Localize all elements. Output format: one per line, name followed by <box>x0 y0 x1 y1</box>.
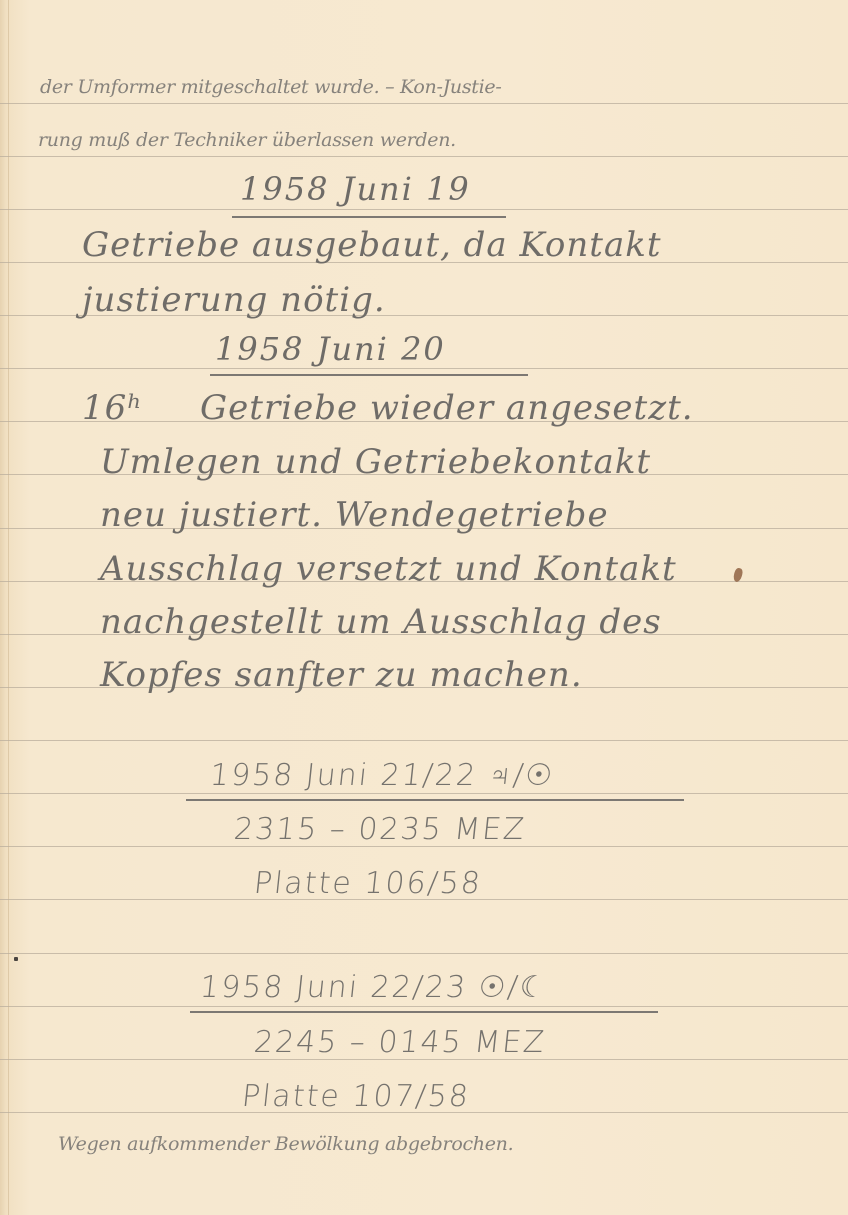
heading-underline <box>210 374 528 376</box>
text-line: der Umformer mitgeschaltet wurde. – Kon-… <box>40 76 502 98</box>
ruled-line <box>0 103 848 104</box>
page-edge-line <box>8 0 9 1215</box>
entry-date-heading: 1958 Juni 20 <box>215 330 446 368</box>
logbook-page: der Umformer mitgeschaltet wurde. – Kon-… <box>0 0 848 1215</box>
observation-time-range: 2315 – 0235 MEZ <box>232 812 527 847</box>
text-line: rung muß der Techniker überlassen werden… <box>38 129 456 151</box>
ruled-line <box>0 368 848 369</box>
heading-underline <box>190 1011 658 1013</box>
ruled-line <box>0 209 848 210</box>
text-line: Wegen aufkommender Bewölkung abgebrochen… <box>58 1133 513 1155</box>
entry-date-heading: 1958 Juni 21/22 ♃/☉ <box>208 758 556 793</box>
ruled-line <box>0 156 848 157</box>
text-line: neu justiert. Wendegetriebe <box>100 495 609 535</box>
text-line: Kopfes sanfter zu machen. <box>100 655 583 695</box>
plate-number: Platte 107/58 <box>240 1079 472 1114</box>
text-line: Getriebe ausgebaut, da Kontakt <box>82 225 662 265</box>
text-line: Ausschlag versetzt und Kontakt <box>100 549 677 589</box>
ruled-line <box>0 740 848 741</box>
observation-time-range: 2245 – 0145 MEZ <box>252 1025 547 1060</box>
ruled-line <box>0 793 848 794</box>
text-line: Umlegen und Getriebekontakt <box>100 442 651 482</box>
entry-date-heading: 1958 Juni 19 <box>240 170 471 208</box>
entry-time: 16ʰ <box>82 388 143 428</box>
ruled-line <box>0 1006 848 1007</box>
entry-date-heading: 1958 Juni 22/23 ☉/☾ <box>198 970 550 1005</box>
text-line: justierung nötig. <box>82 280 386 320</box>
heading-underline <box>186 799 684 801</box>
heading-underline <box>232 216 506 218</box>
text-line: Getriebe wieder angesetzt. <box>200 388 694 428</box>
ruled-line <box>0 953 848 954</box>
plate-number: Platte 106/58 <box>252 866 484 901</box>
text-line: nachgestellt um Ausschlag des <box>100 602 662 642</box>
pencil-mark <box>14 957 18 961</box>
